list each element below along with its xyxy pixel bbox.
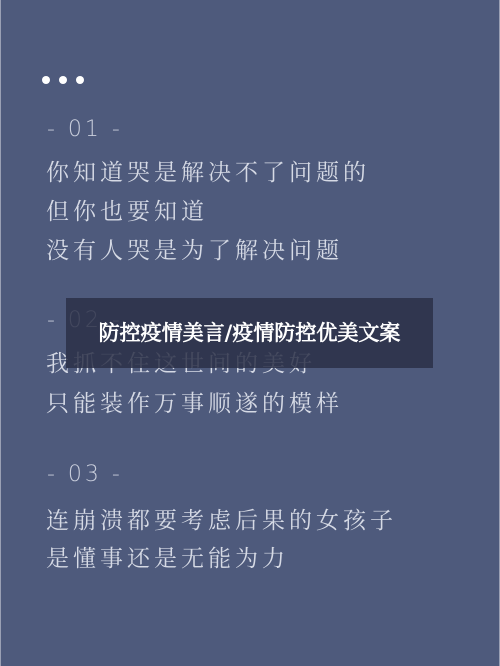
more-dots-icon xyxy=(42,76,84,84)
overlay-title: 防控疫情美言/疫情防控优美文案 xyxy=(91,320,409,346)
verse-line: 没有人哭是为了解决问题 xyxy=(46,232,343,265)
verse-line: 只能装作万事顺遂的模样 xyxy=(46,385,343,418)
dot xyxy=(42,76,50,84)
verse-line: 但你也要知道 xyxy=(46,193,208,226)
verse-line: 你知道哭是解决不了问题的 xyxy=(46,154,370,187)
title-overlay: 防控疫情美言/疫情防控优美文案 xyxy=(66,298,433,368)
verse-line: 连崩溃都要考虑后果的女孩子 xyxy=(46,502,397,535)
dot xyxy=(59,76,67,84)
section-number-01: - 01 - xyxy=(47,117,123,142)
verse-line: 是懂事还是无能为力 xyxy=(46,540,289,573)
section-number-03: - 03 - xyxy=(47,462,123,487)
dot xyxy=(76,76,84,84)
